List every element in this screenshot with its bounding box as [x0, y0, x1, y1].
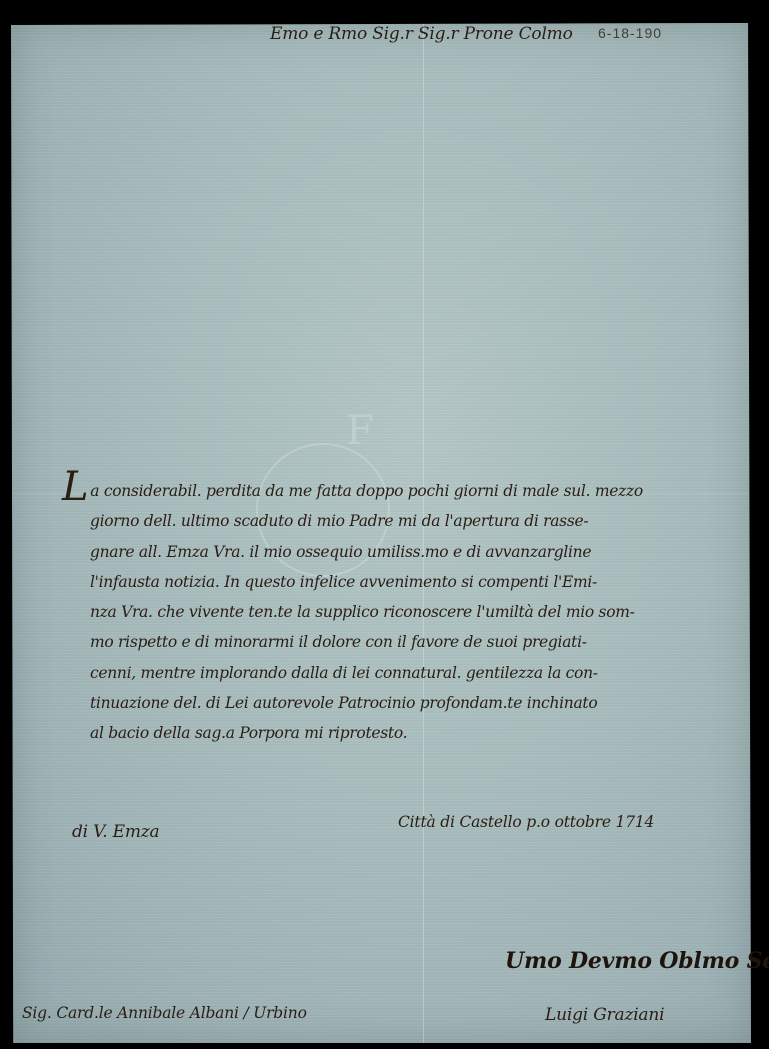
body-line-8: tinuazione del. di Lei autorevole Patroc…	[62, 688, 752, 718]
letter-body: La considerabil. perdita da me fatta dop…	[62, 472, 752, 749]
body-line-6: mo rispetto e di minorarmi il dolore con…	[62, 627, 752, 657]
body-line-7: cenni, mentre implorando dalla di lei co…	[62, 658, 752, 688]
closing-abbreviation: di V. Emza	[72, 822, 159, 842]
signature-name: Luigi Graziani	[545, 1005, 664, 1025]
drop-cap: L	[62, 464, 88, 510]
body-line-1: La considerabil. perdita da me fatta dop…	[62, 472, 752, 506]
body-line-9: al bacio della sag.a Porpora mi riprotes…	[62, 718, 752, 748]
body-line-5: nza Vra. che vivente ten.te la supplico …	[62, 597, 752, 627]
signature-formula: Umo Devmo Oblmo Servo	[505, 948, 769, 974]
body-line-3: gnare all. Emza Vra. il mio ossequio umi…	[62, 537, 752, 567]
place-and-date: Città di Castello p.o ottobre 1714	[398, 813, 654, 831]
addressee-line: Sig. Card.le Annibale Albani / Urbino	[22, 1004, 307, 1022]
body-line-2: giorno dell. ultimo scaduto di mio Padre…	[62, 506, 752, 536]
watermark-letter: F	[346, 408, 374, 454]
body-line-4: l'infausta notizia. In questo infelice a…	[62, 567, 752, 597]
header-salutation: Emo e Rmo Sig.r Sig.r Prone Colmo	[270, 24, 573, 44]
archive-number: 6-18-190	[598, 25, 662, 41]
